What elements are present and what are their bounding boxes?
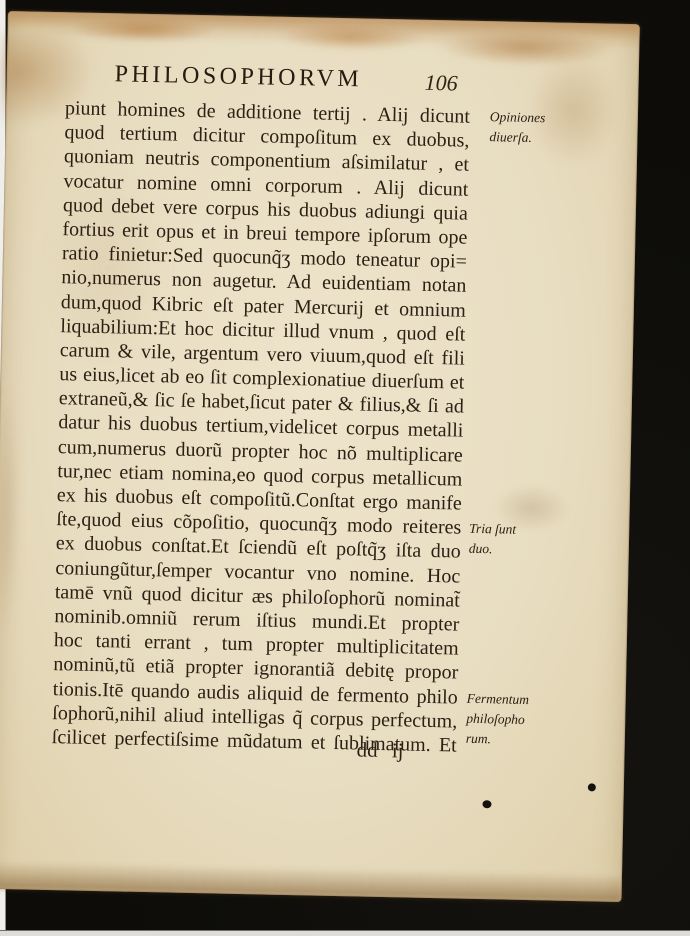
- running-title: PHILOSOPHORVM: [114, 61, 362, 93]
- screenshot-root: { "header": { "title": "PHILOSOPHORVM", …: [0, 0, 690, 936]
- body-text-block: piunt homines de additione tertij . Alij…: [52, 96, 471, 757]
- margin-note-line: rum.: [466, 729, 529, 750]
- margin-note-tria-sunt: Tria ſunt duo.: [469, 519, 517, 560]
- margin-note-line: philoſopho: [466, 709, 529, 730]
- ink-dot: [482, 800, 491, 808]
- margin-note-line: Tria ſunt: [469, 519, 516, 540]
- stain-left-edge: [0, 381, 22, 651]
- stain-top-center-speckle: [275, 22, 426, 53]
- margin-note-line: Fermentum: [466, 689, 529, 710]
- stain-top-right-speckle: [435, 28, 616, 68]
- page-number: 106: [424, 70, 458, 97]
- ink-dot: [588, 783, 596, 791]
- book-page: PHILOSOPHORVM 106 piunt homines de addit…: [0, 11, 640, 902]
- margin-note-fermentum: Fermentum philoſopho rum.: [466, 689, 529, 750]
- margin-note-line: Opiniones: [490, 107, 546, 128]
- scan-frame-bottom: [0, 930, 690, 936]
- margin-note-line: diuerſa.: [489, 127, 545, 148]
- signature-mark: dd ij: [356, 737, 403, 763]
- margin-note-line: duo.: [469, 539, 516, 560]
- stain-top-left-speckle: [67, 15, 218, 44]
- margin-note-opiniones: Opiniones diuerſa.: [489, 107, 545, 148]
